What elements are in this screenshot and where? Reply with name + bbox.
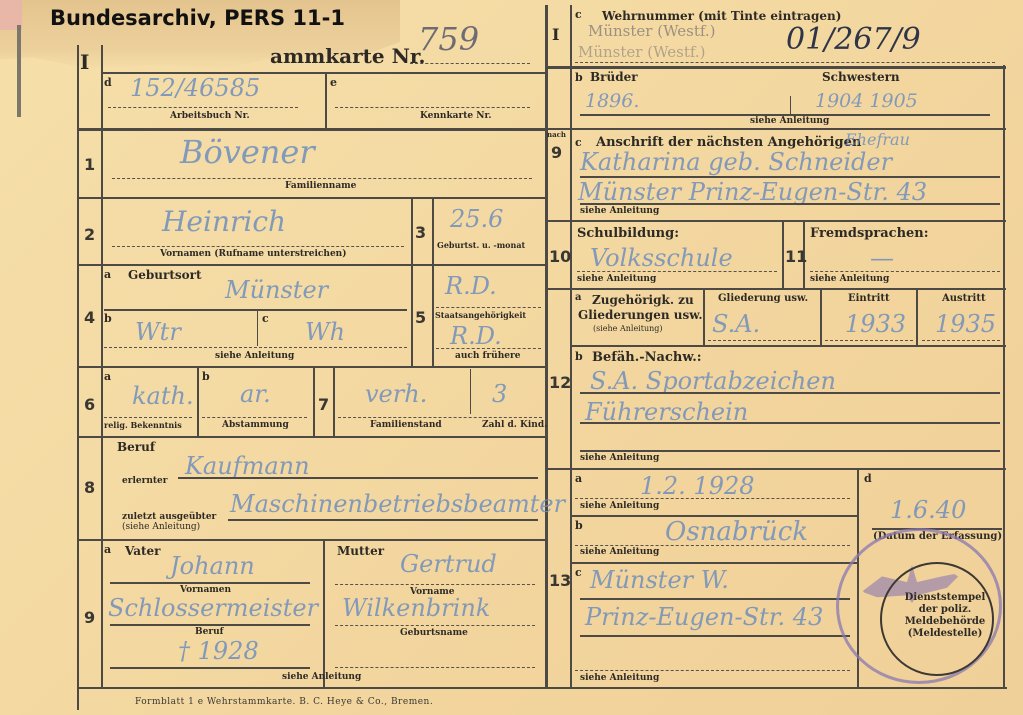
fruehere-value: R.D. [450,322,502,350]
dotted-line [202,417,307,418]
rule [77,687,1007,689]
anschrift-value-2: Münster Prinz-Eugen-Str. 43 [578,178,927,206]
row-number: 11 [785,247,807,266]
geburtstag-value: 25.6 [450,205,503,233]
geburtsort-label: Geburtsort [128,268,202,282]
rule [77,128,545,131]
familienname-caption: Familienname [285,181,356,191]
brothers-label: Brüder [590,70,638,84]
rule [570,562,857,564]
vater-label: Vater [125,544,160,558]
field-letter: a [575,292,581,303]
anschrift-caption: siehe Anleitung [580,206,659,216]
vornamen-value: Heinrich [162,205,286,238]
rule [580,422,1000,424]
archive-label: Bundesarchiv, PERS 11-1 [50,6,345,30]
rule [570,345,1006,347]
index-card: Bundesarchiv, PERS 11-1 I ammkarte Nr. 7… [0,0,1023,715]
gliederung-value: S.A. [712,310,760,338]
rule [580,450,1000,452]
wehrnummer-value: 01/267/9 [786,22,921,57]
field-letter: c [262,312,269,325]
rule [77,539,545,541]
dotted-line [335,625,535,626]
dotted-line [436,307,541,308]
vater-vorname-value: Johann [170,552,255,580]
dotted-line [708,340,816,341]
dotted-line [335,667,535,668]
sisters-value: 1904 1905 [815,90,918,112]
vater-beruf-value: Schlossermeister [108,594,318,622]
field-letter: b [575,519,583,532]
border-left [77,45,79,710]
bekenntnis-caption: relig. Bekenntnis [104,420,182,430]
nach-label: nach [547,130,566,139]
row-number: 9 [551,143,562,162]
col-gliederung: Gliederung usw. [718,293,808,304]
befaehigung-label: Befäh.-Nachw.: [592,350,702,365]
rule [548,288,1006,290]
dotted-line [577,271,777,272]
geburtstag-caption: Geburtst. u. -monat [437,240,525,250]
siblings-caption: siehe Anleitung [750,116,829,126]
field-letter: a [104,268,111,281]
zugehoerigkeit-label-3: (siehe Anleitung) [593,324,663,333]
row-number: 1 [84,155,95,174]
zugehoerigkeit-label-1: Zugehörigk. zu [592,293,694,307]
field-letter: e [330,76,337,89]
field-letter: a [575,472,582,485]
geburtsort-value: Münster [225,276,328,304]
fruehere-caption: auch frühere [455,351,520,361]
rule [703,288,705,345]
dotted-line [810,271,1000,272]
schulbildung-value: Volksschule [590,244,733,272]
dotted-line [104,417,192,418]
stamp-line-muenster: Münster (Westf.) [588,22,716,40]
dotted-line [108,107,298,108]
row-number: 10 [549,247,571,266]
mutter-geburtsname-value: Wilkenbrink [342,594,490,622]
brothers-value: 1896. [585,90,639,112]
field-letter: a [104,370,111,383]
kinder-value: 3 [492,380,507,408]
schulbildung-caption: siehe Anleitung [577,274,656,284]
row-number: 2 [84,225,95,244]
col-eintritt: Eintritt [848,293,890,304]
dotted-line [335,107,530,108]
rule [110,624,310,626]
rule [333,366,335,436]
row13a-value: 1.2. 1928 [640,472,755,500]
field-letter: c [575,566,582,579]
rule [548,468,1006,470]
rule [110,667,310,669]
rule [782,220,784,288]
rule [77,436,545,438]
field-letter: c [575,8,582,21]
field-letter: d [104,76,112,89]
zuletzt-value: Maschinenbetriebsbeamter [230,490,565,518]
zuletzt-label: zuletzt ausgeübter [122,512,216,522]
land-value: Wh [305,318,345,346]
dotted-line [112,178,532,179]
vater-death-note: † 1928 [178,637,259,665]
field-letter: b [104,312,112,325]
dotted-line [104,347,407,348]
dotted-line [575,62,995,63]
abstammung-value: ar. [240,380,271,408]
stamp-line: (Meldestelle) [880,628,1010,640]
wehrnummer-label: Wehrnummer (mit Tinte eintragen) [602,9,841,23]
center-divider [545,5,548,687]
rule [77,264,545,266]
befaehigung-value-1: S.A. Sportabzeichen [590,367,836,395]
rule [580,203,1000,205]
row-number: 12 [549,373,571,392]
vater-beruf-caption: Beruf [195,627,224,637]
edge-bar [17,25,21,117]
rule [110,582,310,584]
row-number: 5 [415,308,426,327]
rule [790,96,791,114]
kinder-caption: Zahl d. Kind. [482,420,547,430]
rule [411,197,413,366]
arbeitsbuch-caption: Arbeitsbuch Nr. [170,111,250,121]
rule [820,288,822,345]
vornamen-caption: Vornamen (Rufname unterstreichen) [160,249,347,259]
row-number: 7 [318,395,329,414]
row-number: 4 [84,308,95,327]
anschrift-value-0: Ehefrau [845,130,910,149]
familienname-value: Bövener [180,133,315,171]
arbeitsbuch-number: 152/46585 [130,74,260,102]
row13c-value-2: Prinz-Eugen-Str. 43 [585,603,823,631]
row-number: 8 [84,478,95,497]
row13b-caption: siehe Anleitung [580,547,659,557]
anschrift-value-1: Katharina geb. Schneider [580,148,892,176]
zuletzt-hint: (siehe Anleitung) [122,522,200,532]
field-letter: a [104,543,111,556]
rule [548,220,1006,222]
form-footer: Formblatt 1 e Wehrstammkarte. B. C. Heye… [135,697,433,707]
stamp-line: Dienststempel [880,592,1010,604]
dotted-line [410,63,530,64]
field-letter: b [575,71,583,84]
mutter-vorname-value: Gertrud [400,550,497,578]
dotted-line [436,348,541,349]
dotted-line [575,545,850,546]
rule [104,309,407,311]
row13b-value: Osnabrück [665,517,808,547]
abstammung-caption: Abstammung [222,420,289,430]
eintritt-value: 1933 [845,310,906,338]
dotted-line [575,670,850,671]
rule [313,366,315,436]
roman-numeral: I [80,50,89,74]
zugehoerigkeit-label-2: Gliederungen usw. [578,308,703,322]
dotted-line [338,417,542,418]
fremdsprachen-caption: siehe Anleitung [810,274,889,284]
rule [548,128,1006,130]
staatsangehoerigkeit-caption: Staatsangehörigkeit [435,310,526,320]
mutter-geburtsname-caption: Geburtsname [400,628,468,638]
sisters-label: Schwestern [822,70,900,84]
stamp-line: der poliz. [880,604,1010,616]
row13c-caption: siehe Anleitung [580,673,659,683]
familienstand-value: verh. [365,380,427,408]
kennkarte-caption: Kennkarte Nr. [420,111,492,121]
rule [580,598,850,600]
austritt-value: 1935 [935,310,996,338]
rule [77,197,545,199]
fremdsprachen-label: Fremdsprachen: [810,226,929,241]
row4-caption: siehe Anleitung [215,351,294,361]
field-letter: b [202,370,210,383]
dotted-line [922,340,1000,341]
row-number: 3 [415,223,426,242]
row-number: 9 [84,608,95,627]
erlernter-label: erlernter [122,476,168,486]
rule [548,66,1006,69]
stamp-text: Dienststempel der poliz. Meldebehörde (M… [880,592,1010,640]
rule [470,369,471,414]
card-number: 759 [418,20,479,58]
fremdsprachen-value: — [870,244,894,272]
befaehigung-caption: siehe Anleitung [580,453,659,463]
rule [257,311,258,346]
familienstand-caption: Familienstand [370,420,442,430]
rule [77,366,545,368]
dotted-line [112,246,404,247]
stamp-line-muenster-2: Münster (Westf.) [578,43,706,61]
rule [916,288,918,345]
rule [580,392,1000,394]
rule [197,366,199,436]
row-number: 6 [84,395,95,414]
rule [432,197,434,366]
row13c-value-1: Münster W. [590,566,729,594]
stamp-line: Meldebehörde [880,616,1010,628]
schulbildung-label: Schulbildung: [577,226,679,241]
beruf-label: Beruf [117,440,155,454]
staatsangehoerigkeit-value: R.D. [445,272,497,300]
bekenntnis-value: kath. [132,382,194,410]
kreis-value: Wtr [135,318,181,346]
dotted-line [825,340,913,341]
rule [323,539,325,687]
field-letter: d [864,472,872,485]
rule [228,519,538,521]
row13a-caption: siehe Anleitung [580,501,659,511]
dotted-line [335,584,535,585]
row9-caption: siehe Anleitung [282,672,361,682]
row-number: 13 [549,571,571,590]
rule [580,635,850,637]
card-title: ammkarte Nr. [270,44,426,68]
field-letter: b [575,350,583,363]
rule [325,72,327,128]
erlernter-value: Kaufmann [185,452,310,480]
rule [178,477,538,479]
erfassung-date: 1.6.40 [890,496,966,524]
col-austritt: Austritt [942,293,986,304]
mutter-label: Mutter [337,544,384,558]
dotted-line [575,498,850,499]
roman-numeral: I [552,25,559,44]
